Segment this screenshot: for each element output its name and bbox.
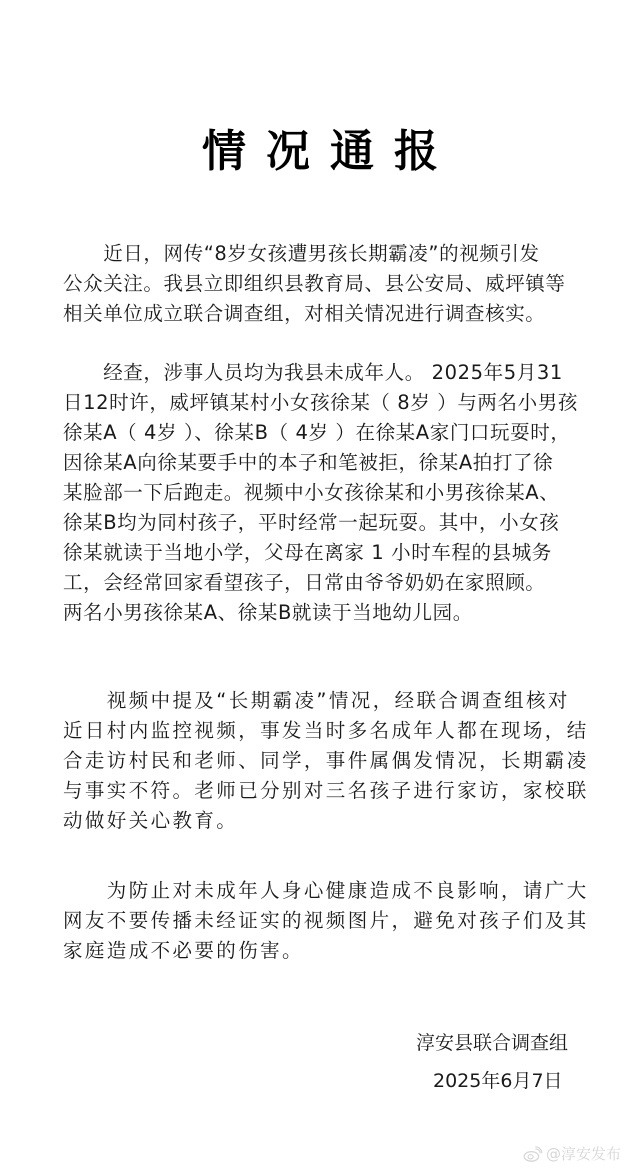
text-line: 合走访村民和老师、同学，事件属偶发情况，长期霸凌 [63,746,563,776]
text-line: 动做好关心教育。 [63,806,563,836]
text-line: 徐某就读于当地小学，父母在离家 1 小时车程的县城务 [63,538,563,568]
document-title: 情况通报 [0,122,640,182]
text-line: 日12时许，威坪镇某村小女孩徐某（ 8岁 ）与两名小男孩 [63,388,563,418]
text-line: 网友不要传播未经证实的视频图片，避免对孩子们及其 [63,906,563,936]
text-line: 公众关注。我县立即组织县教育局、县公安局、威坪镇等 [63,269,563,299]
weibo-icon [523,1146,543,1162]
text-line: 与事实不符。老师已分别对三名孩子进行家访，家校联 [63,776,563,806]
weibo-watermark: @淳安发布 [523,1143,621,1164]
text-line: 徐某A（ 4岁 ）、徐某B（ 4岁 ）在徐某A家门口玩耍时， [63,418,563,448]
text-line: 家庭造成不必要的伤害。 [63,936,563,966]
text-line: 某脸部一下后跑走。视频中小女孩徐某和小男孩徐某A、 [63,478,563,508]
watermark-text: @淳安发布 [546,1143,621,1164]
text-line: 视频中提及“长期霸凌”情况，经联合调查组核对 [63,686,563,716]
text-line: 近日村内监控视频，事发当时多名成年人都在现场，结 [63,716,563,746]
text-line: 两名小男孩徐某A、徐某B就读于当地幼儿园。 [63,598,563,628]
text-line: 近日，网传“8岁女孩遭男孩长期霸凌”的视频引发 [63,239,563,269]
text-line: 徐某B均为同村孩子，平时经常一起玩耍。其中，小女孩 [63,508,563,538]
text-line: 相关单位成立联合调查组，对相关情况进行调查核实。 [63,299,563,329]
text-line: 因徐某A向徐某要手中的本子和笔被拒，徐某A拍打了徐 [63,448,563,478]
paragraph-2: 经查，涉事人员均为我县未成年人。 2025年5月31 日12时许，威坪镇某村小女… [63,358,563,628]
paragraph-4: 为防止对未成年人身心健康造成不良影响，请广大 网友不要传播未经证实的视频图片，避… [63,876,563,966]
signature-date: 2025年6月7日 [433,1068,563,1094]
signature-issuer: 淳安县联合调查组 [416,1030,568,1056]
text-line: 经查，涉事人员均为我县未成年人。 2025年5月31 [63,358,563,388]
text-line: 为防止对未成年人身心健康造成不良影响，请广大 [63,876,563,906]
paragraph-3: 视频中提及“长期霸凌”情况，经联合调查组核对 近日村内监控视频，事发当时多名成年… [63,686,563,836]
text-line: 工，会经常回家看望孩子，日常由爷爷奶奶在家照顾。 [63,568,563,598]
paragraph-1: 近日，网传“8岁女孩遭男孩长期霸凌”的视频引发 公众关注。我县立即组织县教育局、… [63,239,563,329]
